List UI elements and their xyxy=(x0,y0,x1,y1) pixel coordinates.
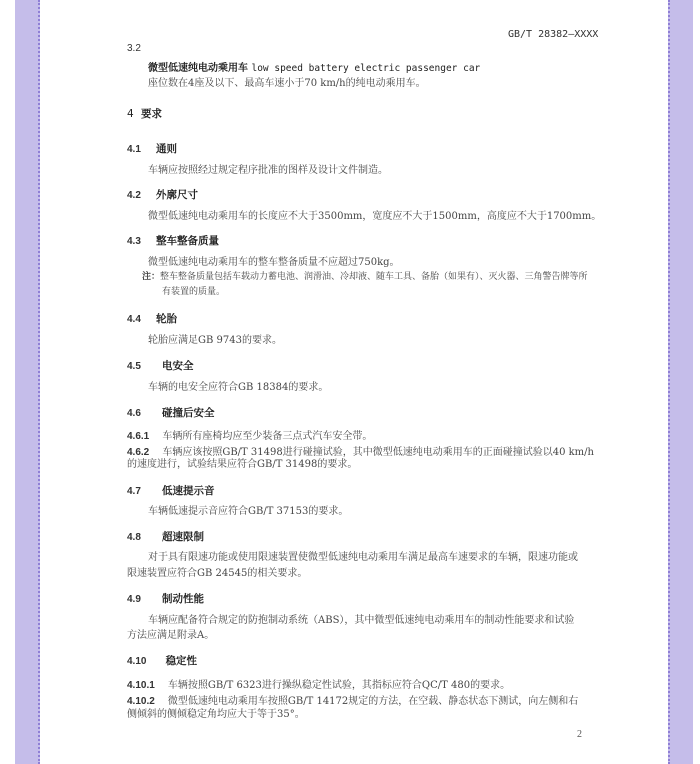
clause-4-9-line-2: 方法应满足附录A。 xyxy=(127,626,214,641)
clause-4-8-line-2: 限速装置应符合GB 24545的相关要求。 xyxy=(127,564,307,579)
note-line-1: 整车整备质量包括车载动力蓄电池、润滑油、冷却液、随车工具、备胎（如果有）、灭火器… xyxy=(160,272,588,282)
clause-4-9-line-1: 车辆应配备符合规定的防抱制动系统（ABS），其中微型低速纯电动乘用车的制动性能要… xyxy=(148,611,574,626)
clause-4-2-text: 微型低速纯电动乘用车的长度应不大于3500mm，宽度应不大于1500mm，高度应… xyxy=(148,207,601,222)
clause-4-4-text: 轮胎应满足GB 9743的要求。 xyxy=(148,331,282,346)
clause-number: 4.9 xyxy=(127,594,141,605)
chapter-title: 要求 xyxy=(141,108,162,120)
clause-4-6-2-continued: 的速度进行，试验结果应符合GB/T 31498的要求。 xyxy=(127,455,357,470)
clause-4-5-text: 车辆的电安全应符合GB 18384的要求。 xyxy=(148,378,328,393)
chapter-number: 4 xyxy=(127,108,134,120)
clause-title: 轮胎 xyxy=(156,313,177,325)
term-cn: 微型低速纯电动乘用车 xyxy=(148,63,248,74)
clause-number: 4.5 xyxy=(127,361,141,372)
clause-4-1-text: 车辆应按照经过规定程序批准的图样及设计文件制造。 xyxy=(148,161,388,176)
clause-4-4-heading: 4.4 轮胎 xyxy=(127,307,177,326)
clause-4-8-line-1: 对于具有限速功能或使用限速装置使微型低速纯电动乘用车满足最高车速要求的车辆，限速… xyxy=(148,548,578,563)
clause-number: 4.2 xyxy=(127,190,141,201)
term-en: low speed battery electric passenger car xyxy=(251,63,480,74)
clause-4-3-text: 微型低速纯电动乘用车的整车整备质量不应超过750kg。 xyxy=(148,253,400,268)
clause-4-10-heading: 4.10 稳定性 xyxy=(127,649,197,668)
clause-number: 4.6 xyxy=(127,408,141,419)
clause-title: 超速限制 xyxy=(162,531,204,543)
clause-4-7-heading: 4.7 低速提示音 xyxy=(127,479,215,498)
clause-title: 低速提示音 xyxy=(162,485,215,497)
clause-title: 碰撞后安全 xyxy=(162,407,215,419)
note-label: 注： xyxy=(142,272,160,282)
clause-4-3-note: 注：整车整备质量包括车载动力蓄电池、润滑油、冷却液、随车工具、备胎（如果有）、灭… xyxy=(142,269,588,282)
page-number: 2 xyxy=(577,729,582,740)
clause-4-1-heading: 4.1 通则 xyxy=(127,137,177,156)
clause-4-7-text: 车辆低速提示音应符合GB/T 37153的要求。 xyxy=(148,502,348,517)
clause-4-10-2-continued: 侧倾斜的侧倾稳定角均应大于等于35°。 xyxy=(127,705,305,720)
clause-title: 外廓尺寸 xyxy=(156,189,198,201)
clause-title: 稳定性 xyxy=(166,655,198,667)
clause-title: 电安全 xyxy=(162,360,194,372)
clause-number: 4.10 xyxy=(127,656,146,667)
clause-4-2-heading: 4.2 外廓尺寸 xyxy=(127,183,198,202)
term-number: 3.2 xyxy=(127,43,141,54)
document-page: GB/T 28382—XXXX 3.2 微型低速纯电动乘用车 low speed… xyxy=(40,0,668,764)
clause-number: 4.4 xyxy=(127,314,141,325)
clause-title: 整车整备质量 xyxy=(156,235,219,247)
clause-number: 4.1 xyxy=(127,144,141,155)
clause-4-9-heading: 4.9 制动性能 xyxy=(127,587,204,606)
note-line-2: 有装置的质量。 xyxy=(162,284,225,297)
right-margin-band xyxy=(668,0,693,764)
clause-title: 制动性能 xyxy=(162,593,204,605)
chapter-heading: 4 要求 xyxy=(127,106,162,121)
clause-number: 4.3 xyxy=(127,236,141,247)
clause-4-6-heading: 4.6 碰撞后安全 xyxy=(127,401,215,420)
clause-4-8-heading: 4.8 超速限制 xyxy=(127,525,204,544)
term-heading: 微型低速纯电动乘用车 low speed battery electric pa… xyxy=(148,59,480,74)
clause-title: 通则 xyxy=(156,143,177,155)
standard-number-header: GB/T 28382—XXXX xyxy=(508,29,598,40)
term-definition: 座位数在4座及以下、最高车速小于70 km/h的纯电动乘用车。 xyxy=(148,74,426,89)
clause-number: 4.8 xyxy=(127,532,141,543)
clause-4-5-heading: 4.5 电安全 xyxy=(127,354,194,373)
clause-number: 4.7 xyxy=(127,486,141,497)
clause-4-3-heading: 4.3 整车整备质量 xyxy=(127,229,219,248)
left-margin-band xyxy=(15,0,40,764)
